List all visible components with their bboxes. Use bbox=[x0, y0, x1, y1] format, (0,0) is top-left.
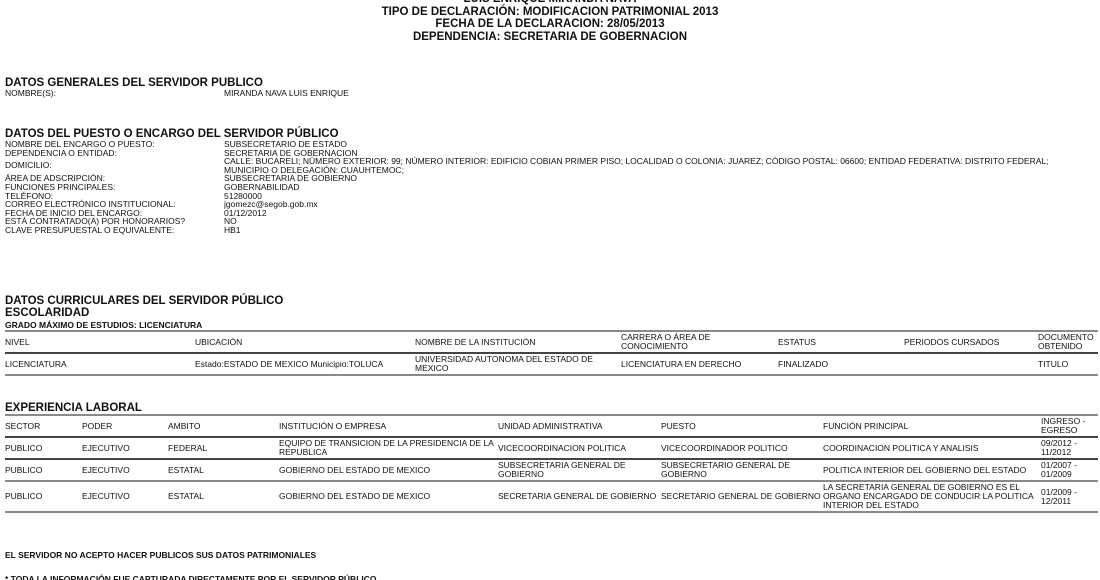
table-cell: EQUIPO DE TRANSICION DE LA PRESIDENCIA D… bbox=[279, 437, 498, 459]
column-header: DOCUMENTO OBTENIDO bbox=[1038, 331, 1098, 353]
field-value: GOBERNABILIDAD bbox=[224, 183, 1095, 192]
table-cell: TITULO bbox=[1038, 353, 1098, 375]
field-row: CLAVE PRESUPUESTAL O EQUIVALENTE:HB1 bbox=[5, 226, 1095, 235]
table-cell: 01/2009 - 12/2011 bbox=[1041, 481, 1098, 512]
table-cell: PUBLICO bbox=[5, 459, 82, 481]
field-label: DEPENDENCIA O ENTIDAD: bbox=[5, 149, 224, 158]
table-cell: UNIVERSIDAD AUTONOMA DEL ESTADO DE MEXIC… bbox=[415, 353, 621, 375]
schooling-title: ESCOLARIDAD bbox=[5, 307, 89, 319]
declaration-header: LUIS ENRIQUE MIRANDA NAVA TIPO DE DECLAR… bbox=[0, 0, 1100, 43]
field-value: 01/12/2012 bbox=[224, 209, 1095, 218]
table-cell: COORDINACION POLITICA Y ANALISIS bbox=[823, 437, 1041, 459]
declaration-type: TIPO DE DECLARACIÓN: MODIFICACION PATRIM… bbox=[0, 6, 1100, 19]
schooling-table: NIVEL UBICACIÓN NOMBRE DE LA INSTITUCIÓN… bbox=[5, 330, 1098, 376]
field-value: HB1 bbox=[224, 226, 1095, 235]
position-data-fields: NOMBRE DEL ENCARGO O PUESTO:SUBSECRETARI… bbox=[5, 140, 1095, 235]
table-cell: Estado:ESTADO DE MEXICO Municipio:TOLUCA bbox=[195, 353, 415, 375]
table-cell: 01/2007 - 01/2009 bbox=[1041, 459, 1098, 481]
field-row: FUNCIONES PRINCIPALES:GOBERNABILIDAD bbox=[5, 183, 1095, 192]
column-header: AMBITO bbox=[168, 415, 279, 437]
table-cell: LICENCIATURA EN DERECHO bbox=[621, 353, 778, 375]
table-cell: FINALIZADO bbox=[778, 353, 904, 375]
table-cell: ESTATAL bbox=[168, 459, 279, 481]
table-cell: EJECUTIVO bbox=[82, 459, 168, 481]
column-header: NOMBRE DE LA INSTITUCIÓN bbox=[415, 331, 621, 353]
field-value: SUBSECRETARIA DE GOBIERNO bbox=[224, 174, 1095, 183]
patrimonial-data-notice: EL SERVIDOR NO ACEPTO HACER PUBLICOS SUS… bbox=[5, 550, 316, 560]
table-row: PUBLICO EJECUTIVO FEDERAL EQUIPO DE TRAN… bbox=[5, 437, 1098, 459]
table-cell: 09/2012 - 11/2012 bbox=[1041, 437, 1098, 459]
field-label: CLAVE PRESUPUESTAL O EQUIVALENTE: bbox=[5, 226, 224, 235]
column-header: INGRESO - EGRESO bbox=[1041, 415, 1098, 437]
field-label: NOMBRE(S): bbox=[5, 89, 224, 98]
column-header: SECTOR bbox=[5, 415, 82, 437]
table-cell: PUBLICO bbox=[5, 481, 82, 512]
field-row: NOMBRE DEL ENCARGO O PUESTO:SUBSECRETARI… bbox=[5, 140, 1095, 149]
table-cell: GOBIERNO DEL ESTADO DE MEXICO bbox=[279, 481, 498, 512]
curricular-data-title: DATOS CURRICULARES DEL SERVIDOR PÚBLICO bbox=[5, 295, 283, 307]
table-row: PUBLICO EJECUTIVO ESTATAL GOBIERNO DEL E… bbox=[5, 459, 1098, 481]
table-cell bbox=[904, 353, 1038, 375]
table-header-row: SECTOR PODER AMBITO INSTITUCIÓN O EMPRES… bbox=[5, 415, 1098, 437]
column-header: FUNCIÓN PRINCIPAL bbox=[823, 415, 1041, 437]
table-row: PUBLICO EJECUTIVO ESTATAL GOBIERNO DEL E… bbox=[5, 481, 1098, 512]
field-label: DOMICILIO: bbox=[5, 157, 224, 174]
column-header: NIVEL bbox=[5, 331, 195, 353]
column-header: ESTATUS bbox=[778, 331, 904, 353]
table-cell: SECRETARIO GENERAL DE GOBIERNO bbox=[661, 481, 823, 512]
column-header: INSTITUCIÓN O EMPRESA bbox=[279, 415, 498, 437]
declaration-date: FECHA DE LA DECLARACION: 28/05/2013 bbox=[0, 18, 1100, 31]
field-value: 51280000 bbox=[224, 192, 1095, 201]
column-header: PODER bbox=[82, 415, 168, 437]
table-cell: FEDERAL bbox=[168, 437, 279, 459]
field-row: ÁREA DE ADSCRIPCIÓN:SUBSECRETARIA DE GOB… bbox=[5, 174, 1095, 183]
capture-notice: * TODA LA INFORMACIÓN FUE CAPTURADA DIRE… bbox=[5, 574, 377, 580]
table-header-row: NIVEL UBICACIÓN NOMBRE DE LA INSTITUCIÓN… bbox=[5, 331, 1098, 353]
table-cell: PUBLICO bbox=[5, 437, 82, 459]
field-value: NO bbox=[224, 217, 1095, 226]
table-cell: EJECUTIVO bbox=[82, 481, 168, 512]
table-cell: SUBSECRETARIA GENERAL DE GOBIERNO bbox=[498, 459, 661, 481]
table-cell: VICECOORDINACION POLITICA bbox=[498, 437, 661, 459]
table-cell: LICENCIATURA bbox=[5, 353, 195, 375]
column-header: UBICACIÓN bbox=[195, 331, 415, 353]
table-cell: SUBSECRETARIO GENERAL DE GOBIERNO bbox=[661, 459, 823, 481]
table-cell: EJECUTIVO bbox=[82, 437, 168, 459]
email-value: jgomezc@segob.gob.mx bbox=[224, 200, 1095, 209]
column-header: PUESTO bbox=[661, 415, 823, 437]
max-degree: GRADO MÁXIMO DE ESTUDIOS: LICENCIATURA bbox=[5, 320, 202, 330]
table-row: LICENCIATURA Estado:ESTADO DE MEXICO Mun… bbox=[5, 353, 1098, 375]
work-experience-title: EXPERIENCIA LABORAL bbox=[5, 402, 142, 414]
general-data-fields: NOMBRE(S): MIRANDA NAVA LUIS ENRIQUE bbox=[5, 89, 1095, 98]
field-row: DOMICILIO:CALLE: BUCARELI; NÚMERO EXTERI… bbox=[5, 157, 1095, 174]
declaration-dependency: DEPENDENCIA: SECRETARIA DE GOBERNACION bbox=[0, 31, 1100, 44]
field-value: MIRANDA NAVA LUIS ENRIQUE bbox=[224, 89, 1095, 98]
table-cell: ESTATAL bbox=[168, 481, 279, 512]
table-cell: VICECOORDINADOR POLITICO bbox=[661, 437, 823, 459]
table-cell: LA SECRETARIA GENERAL DE GOBIERNO ES EL … bbox=[823, 481, 1041, 512]
table-cell: GOBIERNO DEL ESTADO DE MEXICO bbox=[279, 459, 498, 481]
field-row: NOMBRE(S): MIRANDA NAVA LUIS ENRIQUE bbox=[5, 89, 1095, 98]
table-cell: SECRETARIA GENERAL DE GOBIERNO bbox=[498, 481, 661, 512]
field-value: CALLE: BUCARELI; NÚMERO EXTERIOR: 99; NÚ… bbox=[224, 157, 1095, 174]
column-header: PERIODOS CURSADOS bbox=[904, 331, 1038, 353]
column-header: UNIDAD ADMINISTRATIVA bbox=[498, 415, 661, 437]
table-cell: POLITICA INTERIOR DEL GOBIERNO DEL ESTAD… bbox=[823, 459, 1041, 481]
work-experience-table: SECTOR PODER AMBITO INSTITUCIÓN O EMPRES… bbox=[5, 414, 1098, 513]
field-row: CORREO ELECTRÓNICO INSTITUCIONAL:jgomezc… bbox=[5, 200, 1095, 209]
column-header: CARRERA O ÁREA DE CONOCIMIENTO bbox=[621, 331, 778, 353]
